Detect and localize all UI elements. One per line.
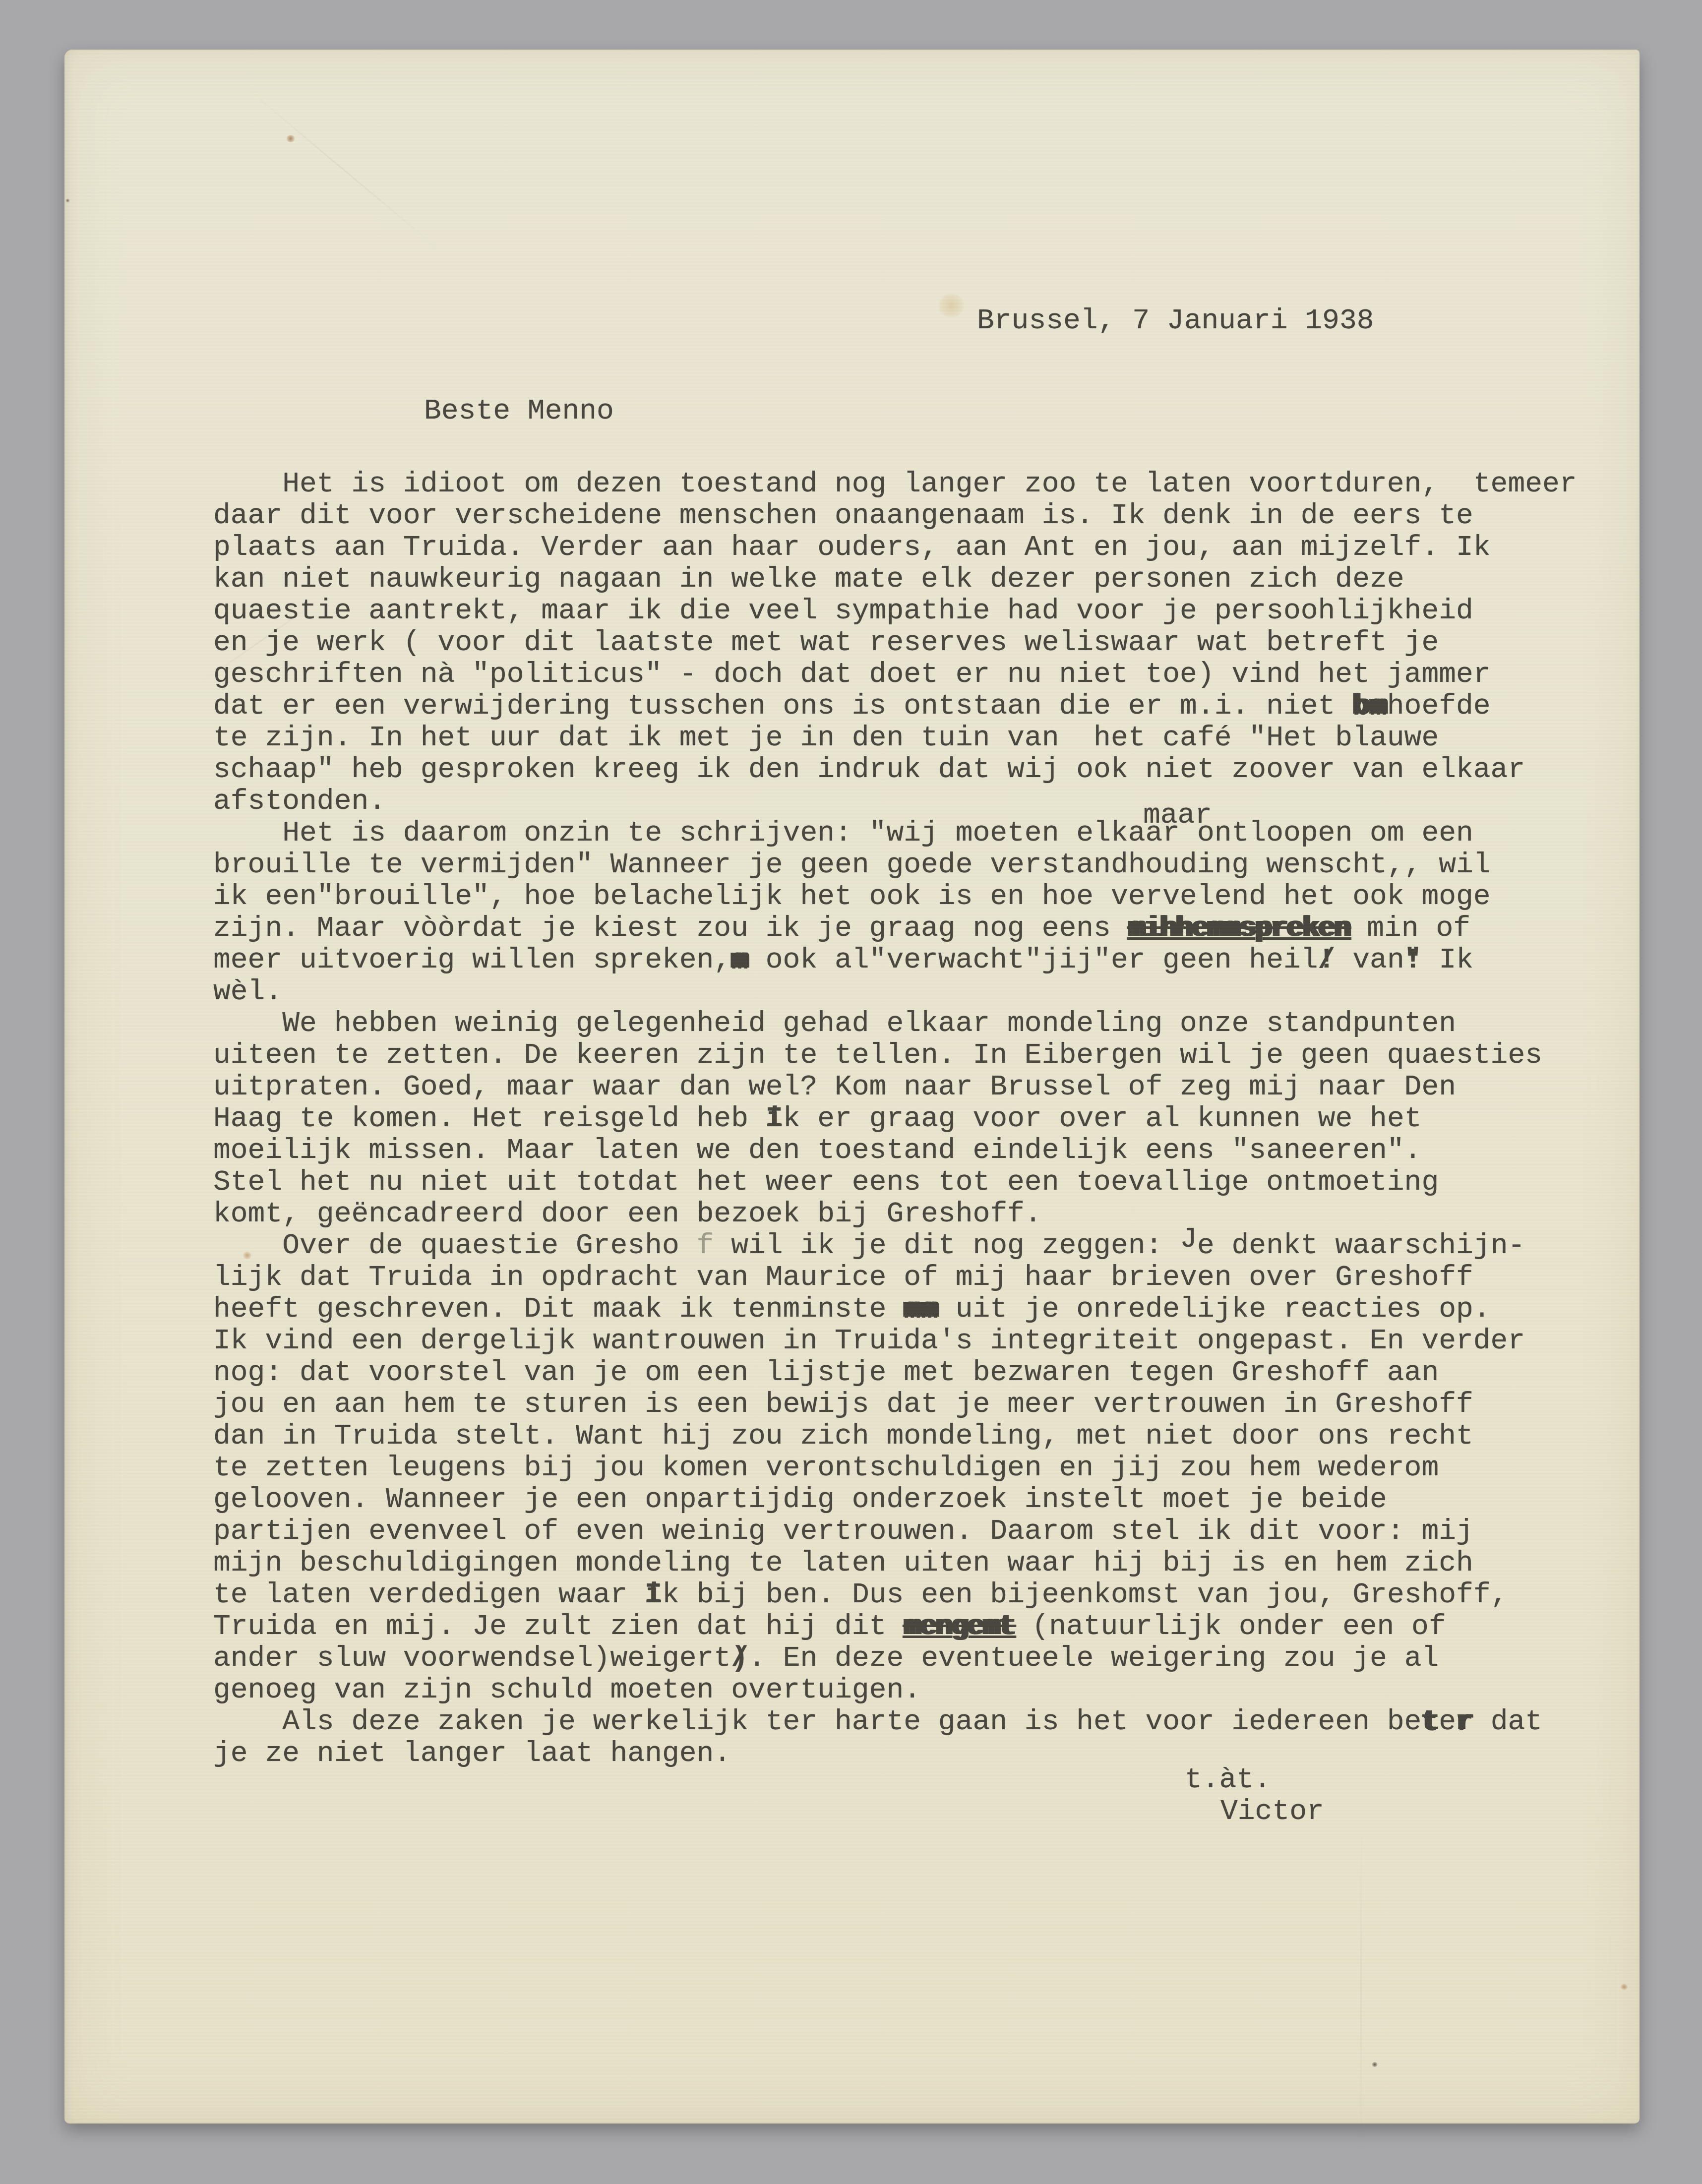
overtyped-characters: iI: [766, 1103, 783, 1135]
letter-line: Als deze zaken je werkelijk ter harte ga…: [213, 1706, 1577, 1738]
letter-line: komt, geëncadreerd door een bezoek bij G…: [213, 1199, 1577, 1230]
letter-line: Het is idioot om dezen toestand nog lang…: [213, 469, 1577, 500]
letter-line: genoeg van zijn schuld moeten overtuigen…: [213, 1675, 1577, 1706]
letter-salutation: Beste Menno: [424, 396, 614, 427]
letter-line: je ze niet langer laat hangen.: [213, 1738, 1577, 1770]
letter-line: quaestie aantrekt, maar ik die veel symp…: [213, 596, 1577, 627]
struck-out-word: mihhemmspreken: [1128, 912, 1350, 945]
overtyped-blot: bm: [1352, 690, 1387, 723]
letter-line: meer uitvoerig willen spreken,m ook al"v…: [213, 945, 1577, 976]
letter-closing: t.àt.: [1185, 1764, 1271, 1796]
letter-line: daar dit voor verscheidene menschen onaa…: [213, 500, 1577, 532]
overtyped-characters: iI: [645, 1579, 662, 1611]
letter-page: Brussel, 7 Januari 1938 Beste Menno Het …: [64, 50, 1640, 2123]
raised-character: J: [1180, 1223, 1197, 1256]
letter-line: dat er een verwijdering tusschen ons is …: [213, 691, 1577, 723]
paper-stain: [1621, 1984, 1628, 1990]
letter-line: heeft geschreven. Dit maak ik tenminste …: [213, 1294, 1577, 1326]
paper-stain: [937, 294, 965, 317]
faint-character: f: [697, 1230, 714, 1262]
overtyped-blot: r: [1456, 1706, 1473, 1738]
letter-line: We hebben weinig gelegenheid gehad elkaa…: [213, 1008, 1577, 1040]
letter-line: kan niet nauwkeurig nagaan in welke mate…: [213, 564, 1577, 596]
letter-line: mijn beschuldigingen mondeling te laten …: [213, 1548, 1577, 1579]
letter-line: zijn. Maar vòòrdat je kiest zou ik je gr…: [213, 913, 1577, 945]
letter-signature: Victor: [1220, 1796, 1324, 1828]
paper-stain: [65, 198, 70, 203]
struck-out-word: mengemt: [904, 1611, 1014, 1643]
letter-line: jou en aan hem te sturen is een bewijs d…: [213, 1389, 1577, 1421]
overtyped-characters: !/: [1318, 945, 1336, 976]
letter-line: ik een"brouille", hoe belachelijk het oo…: [213, 881, 1577, 913]
letter-line: Truida en mij. Je zult zien dat hij dit …: [213, 1611, 1577, 1643]
letter-line: brouille te vermijden" Wanneer je geen g…: [213, 849, 1577, 881]
letter-line: te zijn. In het uur dat ik met je in den…: [213, 723, 1577, 754]
letter-line: wèl.: [213, 976, 1577, 1008]
letter-line: uitpraten. Goed, maar waar dan wel? Kom …: [213, 1072, 1577, 1103]
paper-stain: [1372, 2062, 1378, 2067]
letter-line: Over de quaestie Gresho f wil ik je dit …: [213, 1230, 1577, 1262]
letter-body: Het is idioot om dezen toestand nog lang…: [213, 469, 1577, 1770]
letter-line: te laten verdedigen waar iIk bij ben. Du…: [213, 1579, 1577, 1611]
letter-line: plaats aan Truida. Verder aan haar ouder…: [213, 532, 1577, 564]
overtyped-blot: m: [731, 944, 748, 976]
letter-line: ander sluw voorwendsel)weigert)/. En dez…: [213, 1643, 1577, 1675]
letter-line: partijen evenveel of even weinig vertrou…: [213, 1516, 1577, 1548]
letter-line: dan in Truida stelt. Want hij zou zich m…: [213, 1421, 1577, 1453]
overtyped-characters: )/: [731, 1643, 748, 1675]
paper-stain: [286, 135, 295, 142]
letter-line: Het is daarom onzin te schrijven: "wij m…: [213, 818, 1577, 849]
paper-crease: [1360, 1820, 1362, 2167]
letter-line: geschriften nà "politicus" - doch dat do…: [213, 659, 1577, 691]
overtyped-blot: mm: [904, 1293, 938, 1326]
letter-date: Brussel, 7 Januari 1938: [977, 305, 1374, 337]
letter-line: Ik vind een dergelijk wantrouwen in Trui…: [213, 1326, 1577, 1357]
letter-line: en je werk ( voor dit laatste met wat re…: [213, 627, 1577, 659]
scan-background: Brussel, 7 Januari 1938 Beste Menno Het …: [0, 0, 1702, 2184]
letter-line: gelooven. Wanneer je een onpartijdig ond…: [213, 1484, 1577, 1516]
letter-line: moeilijk missen. Maar laten we den toest…: [213, 1135, 1577, 1167]
letter-line: lijk dat Truida in opdracht van Maurice …: [213, 1262, 1577, 1294]
paper-crease: [242, 84, 440, 251]
letter-line: Haag te komen. Het reisgeld heb iIk er g…: [213, 1103, 1577, 1135]
letter-line: te zetten leugens bij jou komen verontsc…: [213, 1453, 1577, 1484]
letter-line: afstonden.: [213, 786, 1577, 818]
letter-line: schaap" heb gesproken kreeg ik den indru…: [213, 754, 1577, 786]
overtyped-blot: t: [1421, 1706, 1439, 1738]
overtyped-characters: !": [1404, 945, 1422, 976]
letter-line: nog: dat voorstel van je om een lijstje …: [213, 1357, 1577, 1389]
letter-line: uiteen te zetten. De keeren zijn te tell…: [213, 1040, 1577, 1072]
letter-line: Stel het nu niet uit totdat het weer een…: [213, 1167, 1577, 1199]
